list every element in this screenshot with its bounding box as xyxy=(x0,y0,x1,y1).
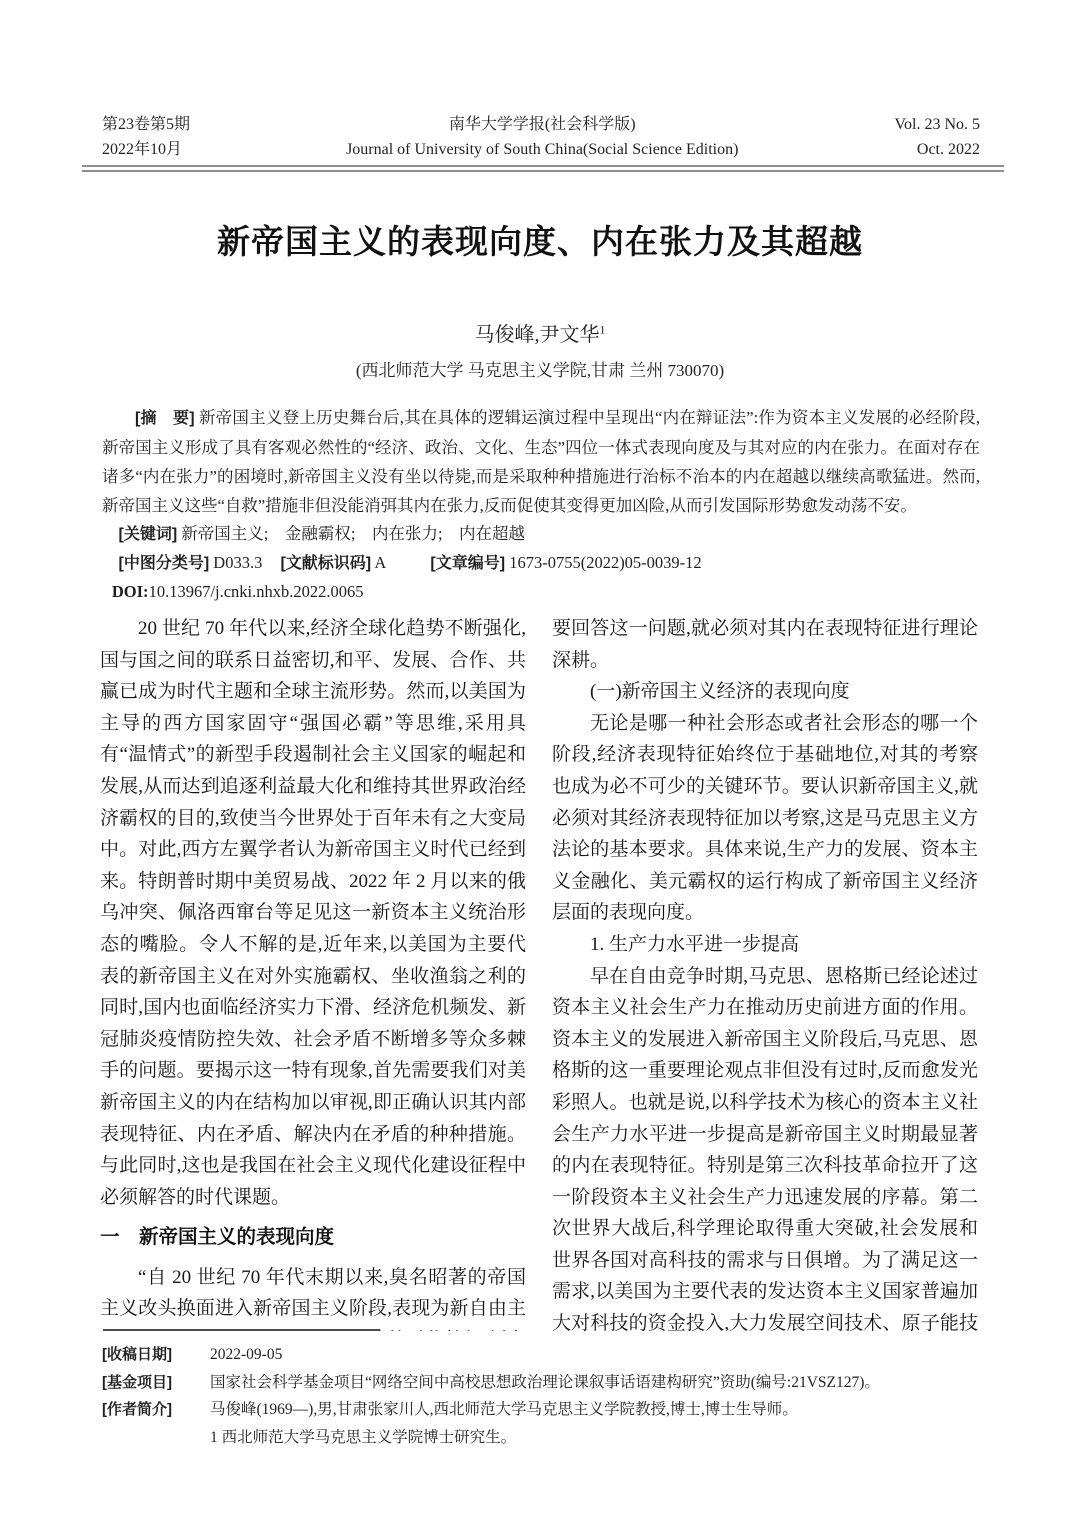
header-volume-issue-en: Vol. 23 No. 5 Oct. 2022 xyxy=(895,112,981,162)
fund-project-label: [基金项目] xyxy=(102,1369,204,1397)
authors-line: 马俊峰,尹文华1 xyxy=(0,318,1080,347)
subsection-heading-1-1: (一)新帝国主义经济的表现向度 xyxy=(552,676,978,708)
article-title: 新帝国主义的表现向度、内在张力及其超越 xyxy=(0,216,1080,263)
received-date-row: [收稿日期] 2022-09-05 xyxy=(102,1341,990,1369)
journal-running-head: 第23卷第5期 2022年10月 南华大学学报(社会科学版) Journal o… xyxy=(102,112,980,162)
clc-value: D033.3 xyxy=(213,553,262,572)
footnotes-block: [收稿日期] 2022-09-05 [基金项目] 国家社会科学基金项目“网络空间… xyxy=(102,1341,990,1451)
author-bio-label: [作者简介] xyxy=(102,1396,204,1424)
header-divider-rule xyxy=(82,165,1004,172)
volume-issue-en: Vol. 23 No. 5 xyxy=(895,112,981,137)
doi-value: 10.13967/j.cnki.nhxb.2022.0065 xyxy=(149,582,364,601)
doc-code-label: [文献标识码] xyxy=(280,555,371,572)
classification-line: [中图分类号] D033.3 [文献标识码] A [文章编号] 1673-075… xyxy=(102,549,980,578)
right-column: 要回答这一问题,就必须对其内在表现特征进行理论深耕。 (一)新帝国主义经济的表现… xyxy=(552,613,978,1331)
article-body: 20 世纪 70 年代以来,经济全球化趋势不断强化,国与国之间的联系日益密切,和… xyxy=(100,613,978,1331)
quoted-text: “自 20 世纪 70 年代末期以来,臭名昭著的帝国主义改头换面进入新帝国主义阶… xyxy=(100,1267,526,1331)
issue-date-cn: 2022年10月 xyxy=(102,137,190,162)
continuation-paragraph: 要回答这一问题,就必须对其内在表现特征进行理论深耕。 xyxy=(552,613,978,676)
article-id-label: [文章编号] xyxy=(430,555,505,572)
intro-paragraph: 20 世纪 70 年代以来,经济全球化趋势不断强化,国与国之间的联系日益密切,和… xyxy=(100,613,526,1213)
abstract-paragraph: [摘 要] 新帝国主义登上历史舞台后,其在具体的逻辑运演过程中呈现出“内在辩证法… xyxy=(102,403,980,520)
left-column: 20 世纪 70 年代以来,经济全球化趋势不断强化,国与国之间的联系日益密切,和… xyxy=(100,613,526,1331)
productivity-paragraph: 早在自由竞争时期,马克思、恩格斯已经论述过资本主义社会生产力在推动历史前进方面的… xyxy=(552,961,978,1331)
point-1-heading: 1. 生产力水平进一步提高 xyxy=(552,929,978,961)
author-bio-row: [作者简介] 马俊峰(1969—),男,甘肃张家川人,西北师范大学马克思主义学院… xyxy=(102,1396,990,1424)
doi-line: DOI:10.13967/j.cnki.nhxb.2022.0065 xyxy=(102,578,980,606)
doi-label: DOI: xyxy=(112,582,149,601)
author-names: 马俊峰,尹文华 xyxy=(475,324,600,346)
author-affiliation-superscript: 1 xyxy=(600,322,606,336)
issue-date-en: Oct. 2022 xyxy=(895,137,981,162)
header-volume-issue-cn: 第23卷第5期 2022年10月 xyxy=(102,112,190,162)
abstract-text: 新帝国主义登上历史舞台后,其在具体的逻辑运演过程中呈现出“内在辩证法”:作为资本… xyxy=(102,408,980,515)
keywords-text: 新帝国主义; 金融霸权; 内在张力; 内在超越 xyxy=(181,524,525,543)
fund-project-value: 国家社会科学基金项目“网络空间中高校思想政治理论课叙事话语建构研究”资助(编号:… xyxy=(210,1369,990,1397)
keywords-line: [关键词] 新帝国主义; 金融霸权; 内在张力; 内在超越 xyxy=(102,520,980,549)
coauthor-bio-value: 1 西北师范大学马克思主义学院博士研究生。 xyxy=(210,1424,990,1452)
section-1-opening-paragraph: “自 20 世纪 70 年代末期以来,臭名昭著的帝国主义改头换面进入新帝国主义阶… xyxy=(100,1262,526,1331)
received-date-label: [收稿日期] xyxy=(102,1341,204,1369)
journal-name-cn: 南华大学学报(社会科学版) xyxy=(190,112,894,137)
author-bio-value: 马俊峰(1969—),男,甘肃张家川人,西北师范大学马克思主义学院教授,博士,博… xyxy=(210,1396,990,1424)
fund-project-row: [基金项目] 国家社会科学基金项目“网络空间中高校思想政治理论课叙事话语建构研究… xyxy=(102,1369,990,1397)
coauthor-bio-label-spacer xyxy=(102,1424,204,1452)
received-date-value: 2022-09-05 xyxy=(210,1341,990,1369)
journal-name-en: Journal of University of South China(Soc… xyxy=(190,137,894,162)
keywords-label: [关键词] xyxy=(119,526,178,543)
article-id-value: 1673-0755(2022)05-0039-12 xyxy=(509,553,701,572)
header-journal-name: 南华大学学报(社会科学版) Journal of University of S… xyxy=(190,112,894,162)
front-matter: [摘 要] 新帝国主义登上历史舞台后,其在具体的逻辑运演过程中呈现出“内在辩证法… xyxy=(102,403,980,606)
abstract-label: [摘 要] xyxy=(135,410,195,427)
volume-issue-cn: 第23卷第5期 xyxy=(102,112,190,137)
coauthor-bio-row: 1 西北师范大学马克思主义学院博士研究生。 xyxy=(102,1424,990,1452)
economy-dimension-paragraph: 无论是哪一种社会形态或者社会形态的哪一个阶段,经济表现特征始终位于基础地位,对其… xyxy=(552,708,978,929)
journal-article-page: 第23卷第5期 2022年10月 南华大学学报(社会科学版) Journal o… xyxy=(0,0,1080,1525)
section-heading-1: 一 新帝国主义的表现向度 xyxy=(100,1222,526,1254)
affiliation-line: (西北师范大学 马克思主义学院,甘肃 兰州 730070) xyxy=(0,356,1080,381)
clc-label: [中图分类号] xyxy=(119,555,210,572)
doc-code-value: A xyxy=(374,553,386,572)
footnote-divider-rule xyxy=(103,1329,380,1331)
